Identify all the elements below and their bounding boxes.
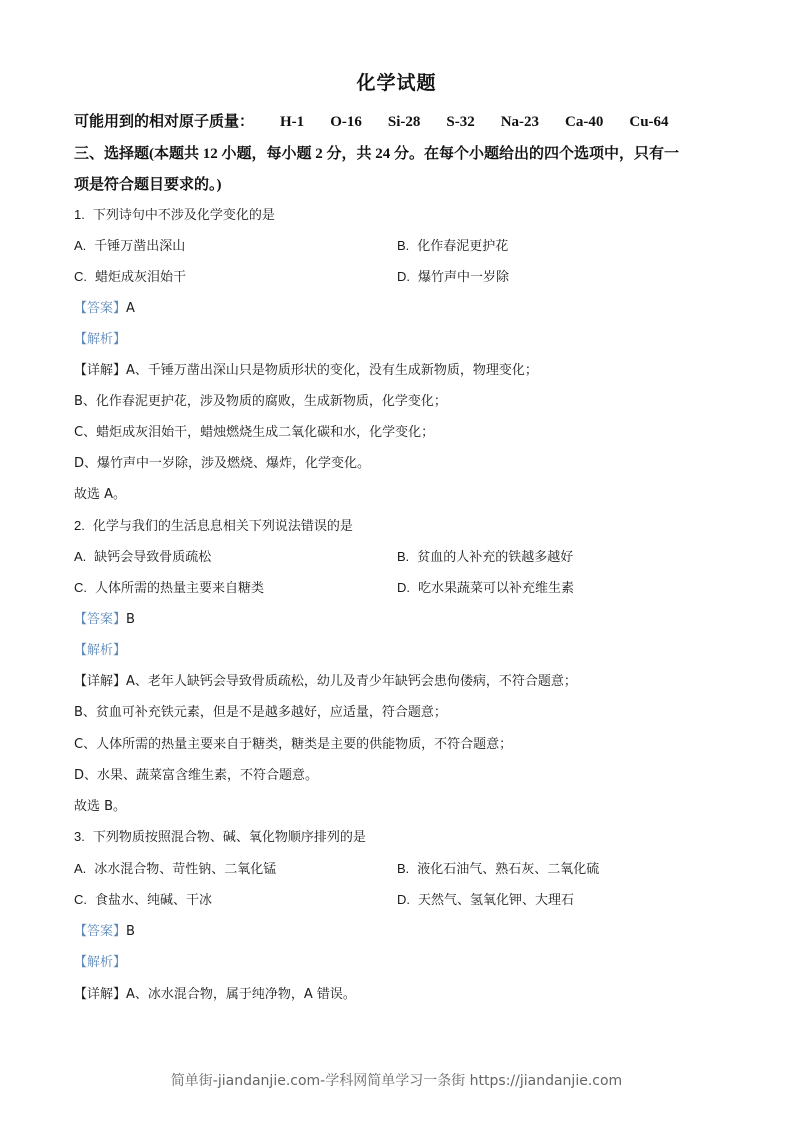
option-letter: A.	[74, 238, 86, 253]
atomic-mass-line: 可能用到的相对原子质量：H-1O-16Si-28S-32Na-23Ca-40Cu…	[74, 110, 669, 131]
question-1-conclusion: 故选 A。	[74, 483, 126, 502]
atomic-mass-item: Ca-40	[565, 114, 603, 131]
question-2-detail-line: 【详解】A、老年人缺钙会导致骨质疏松，幼儿及青少年缺钙会患佝偻病，不符合题意；	[74, 670, 577, 689]
analysis-label: 【解析】	[74, 643, 126, 658]
detail-label: 【详解】	[74, 674, 126, 689]
question-3-option-c: C.食盐水、纯碱、干冰	[74, 889, 212, 908]
atomic-mass-item: S-32	[446, 114, 474, 131]
analysis-label: 【解析】	[74, 955, 126, 970]
question-2-option-b: B.贫血的人补充的铁越多越好	[397, 546, 573, 565]
question-3-option-a: A.冰水混合物、苛性钠、二氧化锰	[74, 858, 276, 877]
document-page: 化学试题 可能用到的相对原子质量：H-1O-16Si-28S-32Na-23Ca…	[0, 0, 793, 1122]
question-1-detail-line: B、化作春泥更护花，涉及物质的腐败，生成新物质，化学变化；	[74, 390, 447, 409]
atomic-mass-item: Cu-64	[629, 114, 668, 131]
option-text: 蜡炬成灰泪始干	[95, 270, 186, 285]
atomic-mass-item: Si-28	[388, 114, 421, 131]
question-1-option-d: D.爆竹声中一岁除	[397, 266, 509, 285]
option-text: 食盐水、纯碱、干冰	[95, 893, 212, 908]
section-heading-line2: 项是符合题目要求的。)	[74, 173, 222, 194]
section-heading-line1: 三、选择题(本题共 12 小题，每小题 2 分，共 24 分。在每个小题给出的四…	[74, 142, 679, 163]
question-1-option-c: C.蜡炬成灰泪始干	[74, 266, 186, 285]
option-text: 吃水果蔬菜可以补充维生素	[418, 581, 574, 596]
question-3-option-d: D.天然气、氢氧化钾、大理石	[397, 889, 574, 908]
question-3-detail-line: 【详解】A、冰水混合物，属于纯净物，A 错误。	[74, 983, 356, 1002]
option-letter: A.	[74, 861, 86, 876]
question-2-detail-line: C、人体所需的热量主要来自于糖类，糖类是主要的供能物质，不符合题意；	[74, 733, 512, 752]
option-letter: C.	[74, 269, 87, 284]
question-2-detail-line: B、贫血可补充铁元素，但是不是越多越好，应适量，符合题意；	[74, 701, 447, 720]
answer-label: 【答案】	[74, 612, 126, 627]
question-1-stem: 1.下列诗句中不涉及化学变化的是	[74, 204, 275, 223]
question-1-answer: 【答案】A	[74, 297, 135, 316]
option-text: 贫血的人补充的铁越多越好	[417, 550, 573, 565]
question-number: 1.	[74, 207, 85, 222]
option-letter: B.	[397, 238, 409, 253]
question-2-option-d: D.吃水果蔬菜可以补充维生素	[397, 577, 574, 596]
option-letter: D.	[397, 580, 410, 595]
question-text: 化学与我们的生活息息相关下列说法错误的是	[93, 519, 353, 534]
question-2-option-c: C.人体所需的热量主要来自糖类	[74, 577, 264, 596]
question-2-answer: 【答案】B	[74, 608, 135, 627]
question-2-analysis: 【解析】	[74, 639, 126, 658]
detail-text: A、冰水混合物，属于纯净物，A 错误。	[126, 987, 356, 1002]
option-letter: C.	[74, 892, 87, 907]
atomic-mass-item: H-1	[280, 114, 304, 131]
option-text: 冰水混合物、苛性钠、二氧化锰	[94, 862, 276, 877]
question-number: 3.	[74, 829, 85, 844]
detail-text: A、老年人缺钙会导致骨质疏松，幼儿及青少年缺钙会患佝偻病，不符合题意；	[126, 674, 577, 689]
question-1-option-b: B.化作春泥更护花	[397, 235, 508, 254]
option-letter: D.	[397, 269, 410, 284]
question-2-stem: 2.化学与我们的生活息息相关下列说法错误的是	[74, 515, 353, 534]
answer-value: B	[126, 612, 135, 627]
answer-value: B	[126, 924, 135, 939]
question-2-option-a: A.缺钙会导致骨质疏松	[74, 546, 211, 565]
page-title: 化学试题	[0, 68, 793, 95]
question-3-stem: 3.下列物质按照混合物、碱、氧化物顺序排列的是	[74, 826, 366, 845]
question-1-detail-line: 【详解】A、千锤万凿出深山只是物质形状的变化，没有生成新物质，物理变化；	[74, 359, 538, 378]
option-text: 液化石油气、熟石灰、二氧化硫	[417, 862, 599, 877]
detail-text: A、千锤万凿出深山只是物质形状的变化，没有生成新物质，物理变化；	[126, 363, 538, 378]
option-text: 爆竹声中一岁除	[418, 270, 509, 285]
answer-label: 【答案】	[74, 924, 126, 939]
atomic-mass-label: 可能用到的相对原子质量：	[74, 114, 254, 130]
question-3-option-b: B.液化石油气、熟石灰、二氧化硫	[397, 858, 599, 877]
option-text: 天然气、氢氧化钾、大理石	[418, 893, 574, 908]
question-1-detail-line: C、蜡炬成灰泪始干，蜡烛燃烧生成二氧化碳和水，化学变化；	[74, 421, 434, 440]
answer-label: 【答案】	[74, 301, 126, 316]
question-1-analysis: 【解析】	[74, 328, 126, 347]
analysis-label: 【解析】	[74, 332, 126, 347]
option-letter: B.	[397, 861, 409, 876]
atomic-mass-item: Na-23	[501, 114, 539, 131]
question-3-analysis: 【解析】	[74, 951, 126, 970]
option-letter: A.	[74, 549, 86, 564]
question-2-detail-line: D、水果、蔬菜富含维生素，不符合题意。	[74, 764, 318, 783]
question-1-option-a: A.千锤万凿出深山	[74, 235, 185, 254]
question-2-conclusion: 故选 B。	[74, 795, 126, 814]
option-text: 化作春泥更护花	[417, 239, 508, 254]
watermark-footer: 简单街-jiandanjie.com-学科网简单学习一条街 https://ji…	[0, 1070, 793, 1090]
option-text: 人体所需的热量主要来自糖类	[95, 581, 264, 596]
option-text: 缺钙会导致骨质疏松	[94, 550, 211, 565]
option-letter: D.	[397, 892, 410, 907]
option-letter: C.	[74, 580, 87, 595]
question-text: 下列物质按照混合物、碱、氧化物顺序排列的是	[93, 830, 366, 845]
question-number: 2.	[74, 518, 85, 533]
detail-label: 【详解】	[74, 987, 126, 1002]
detail-label: 【详解】	[74, 363, 126, 378]
question-text: 下列诗句中不涉及化学变化的是	[93, 208, 275, 223]
question-3-answer: 【答案】B	[74, 920, 135, 939]
option-text: 千锤万凿出深山	[94, 239, 185, 254]
option-letter: B.	[397, 549, 409, 564]
answer-value: A	[126, 301, 135, 316]
atomic-mass-item: O-16	[330, 114, 362, 131]
question-1-detail-line: D、爆竹声中一岁除，涉及燃烧、爆炸，化学变化。	[74, 452, 370, 471]
